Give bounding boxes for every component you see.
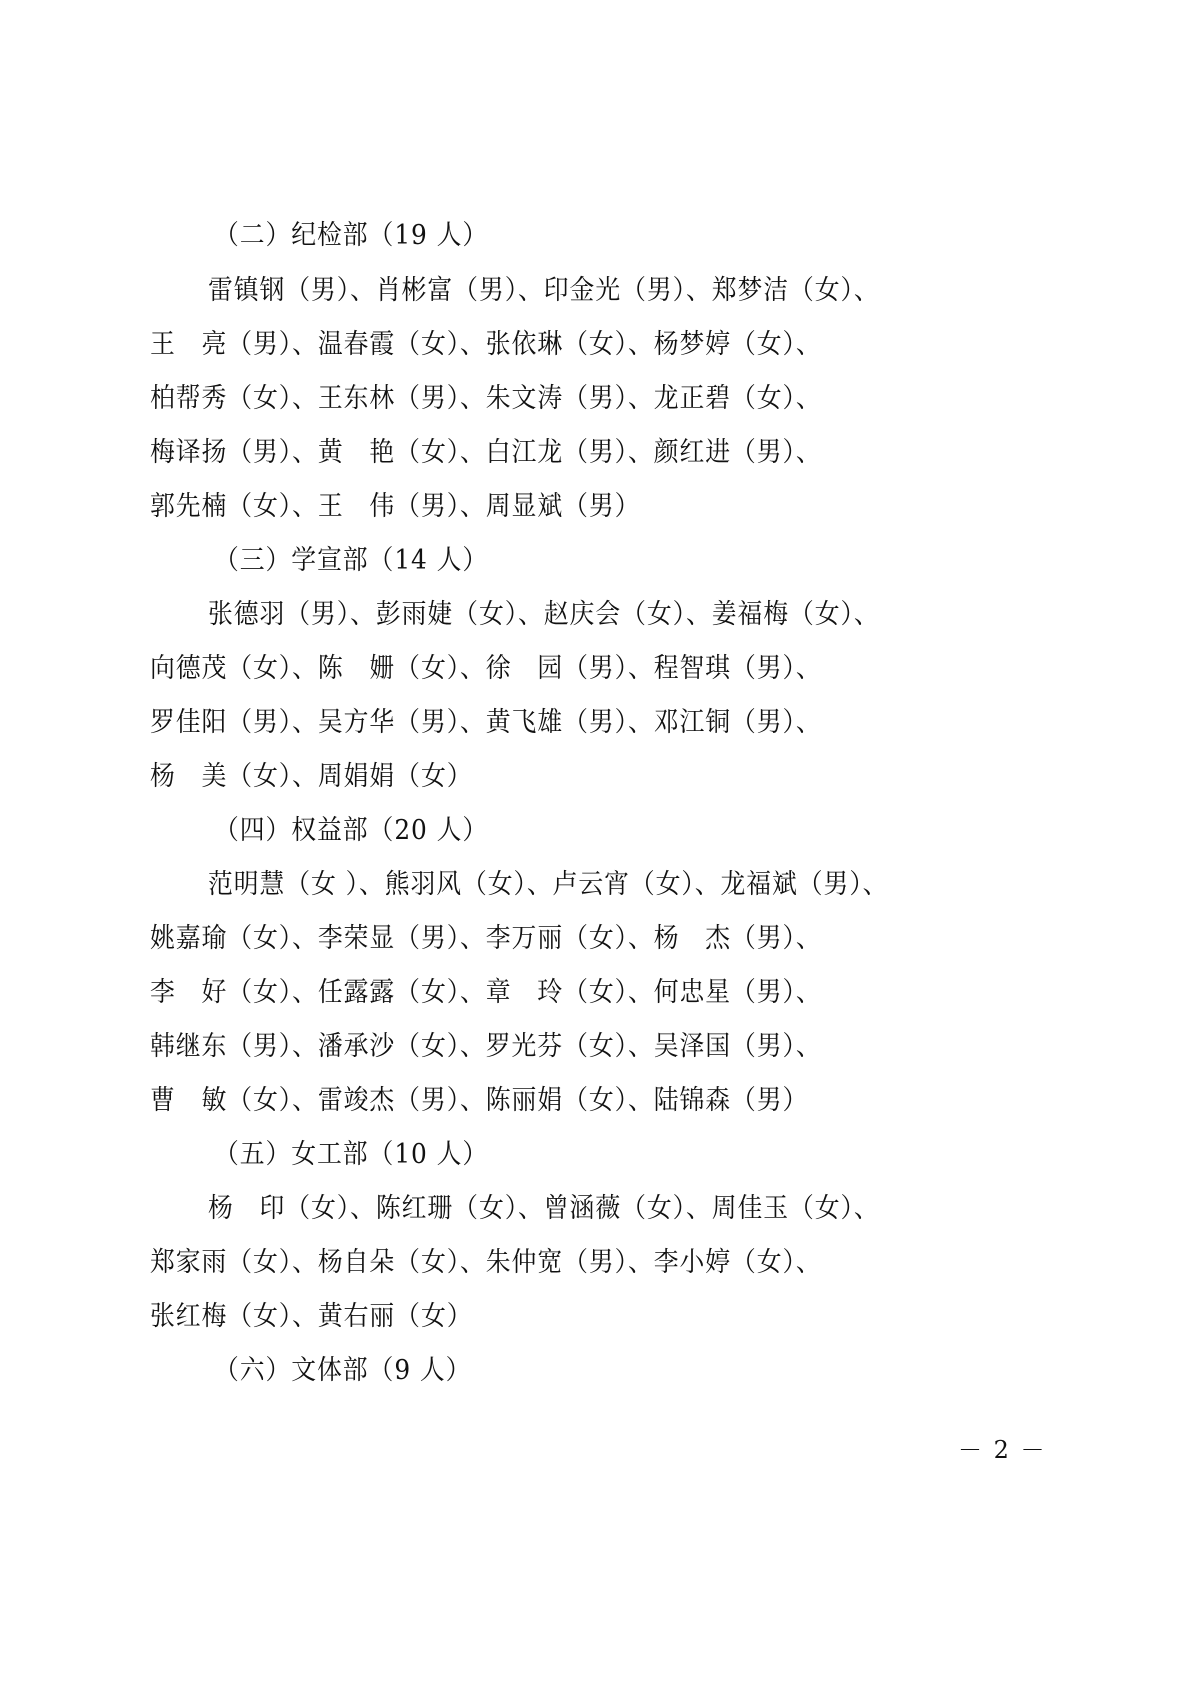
member-line: 杨 美（女）、周娟娟（女） [150,757,978,797]
member-line: 向德茂（女）、陈 姗（女）、徐 园（男）、程智琪（男）、 [150,649,978,689]
section-heading-wenti: （六）文体部（9 人） [214,1351,1042,1391]
page-number: － 2 － [958,1430,1047,1470]
member-line: 梅译扬（男）、黄 艳（女）、白江龙（男）、颜红进（男）、 [150,433,978,473]
member-line: 郭先楠（女）、王 伟（男）、周显斌（男） [150,487,978,527]
member-line: 张德羽（男）、彭雨婕（女）、赵庆会（女）、姜福梅（女）、 [208,595,1036,635]
member-line: 姚嘉瑜（女）、李荣显（男）、李万丽（女）、杨 杰（男）、 [150,919,978,959]
section-heading-nvgong: （五）女工部（10 人） [214,1135,1042,1175]
member-line: 曹 敏（女）、雷竣杰（男）、陈丽娟（女）、陆锦森（男） [150,1081,978,1121]
member-line: 郑家雨（女）、杨自朵（女）、朱仲宽（男）、李小婷（女）、 [150,1243,978,1283]
member-line: 王 亮（男）、温春霞（女）、张依琳（女）、杨梦婷（女）、 [150,325,978,365]
member-line: 杨 印（女）、陈红珊（女）、曾涵薇（女）、周佳玉（女）、 [208,1189,1036,1229]
member-line: 雷镇钢（男）、肖彬富（男）、印金光（男）、郑梦洁（女）、 [208,271,1036,311]
section-heading-xuexuan: （三）学宣部（14 人） [214,541,1042,581]
member-line: 范明慧（女 ）、熊羽风（女）、卢云宵（女）、龙福斌（男）、 [208,865,1036,905]
section-heading-quanyi: （四）权益部（20 人） [214,811,1042,851]
member-line: 罗佳阳（男）、吴方华（男）、黄飞雄（男）、邓江铜（男）、 [150,703,978,743]
member-line: 柏帮秀（女）、王东林（男）、朱文涛（男）、龙正碧（女）、 [150,379,978,419]
section-heading-jijian: （二）纪检部（19 人） [214,216,1042,256]
member-line: 李 好（女）、任露露（女）、章 玲（女）、何忠星（男）、 [150,973,978,1013]
member-line: 韩继东（男）、潘承沙（女）、罗光芬（女）、吴泽国（男）、 [150,1027,978,1067]
document-page: （二）纪检部（19 人） 雷镇钢（男）、肖彬富（男）、印金光（男）、郑梦洁（女）… [0,0,1191,1684]
member-line: 张红梅（女）、黄右丽（女） [150,1297,978,1337]
